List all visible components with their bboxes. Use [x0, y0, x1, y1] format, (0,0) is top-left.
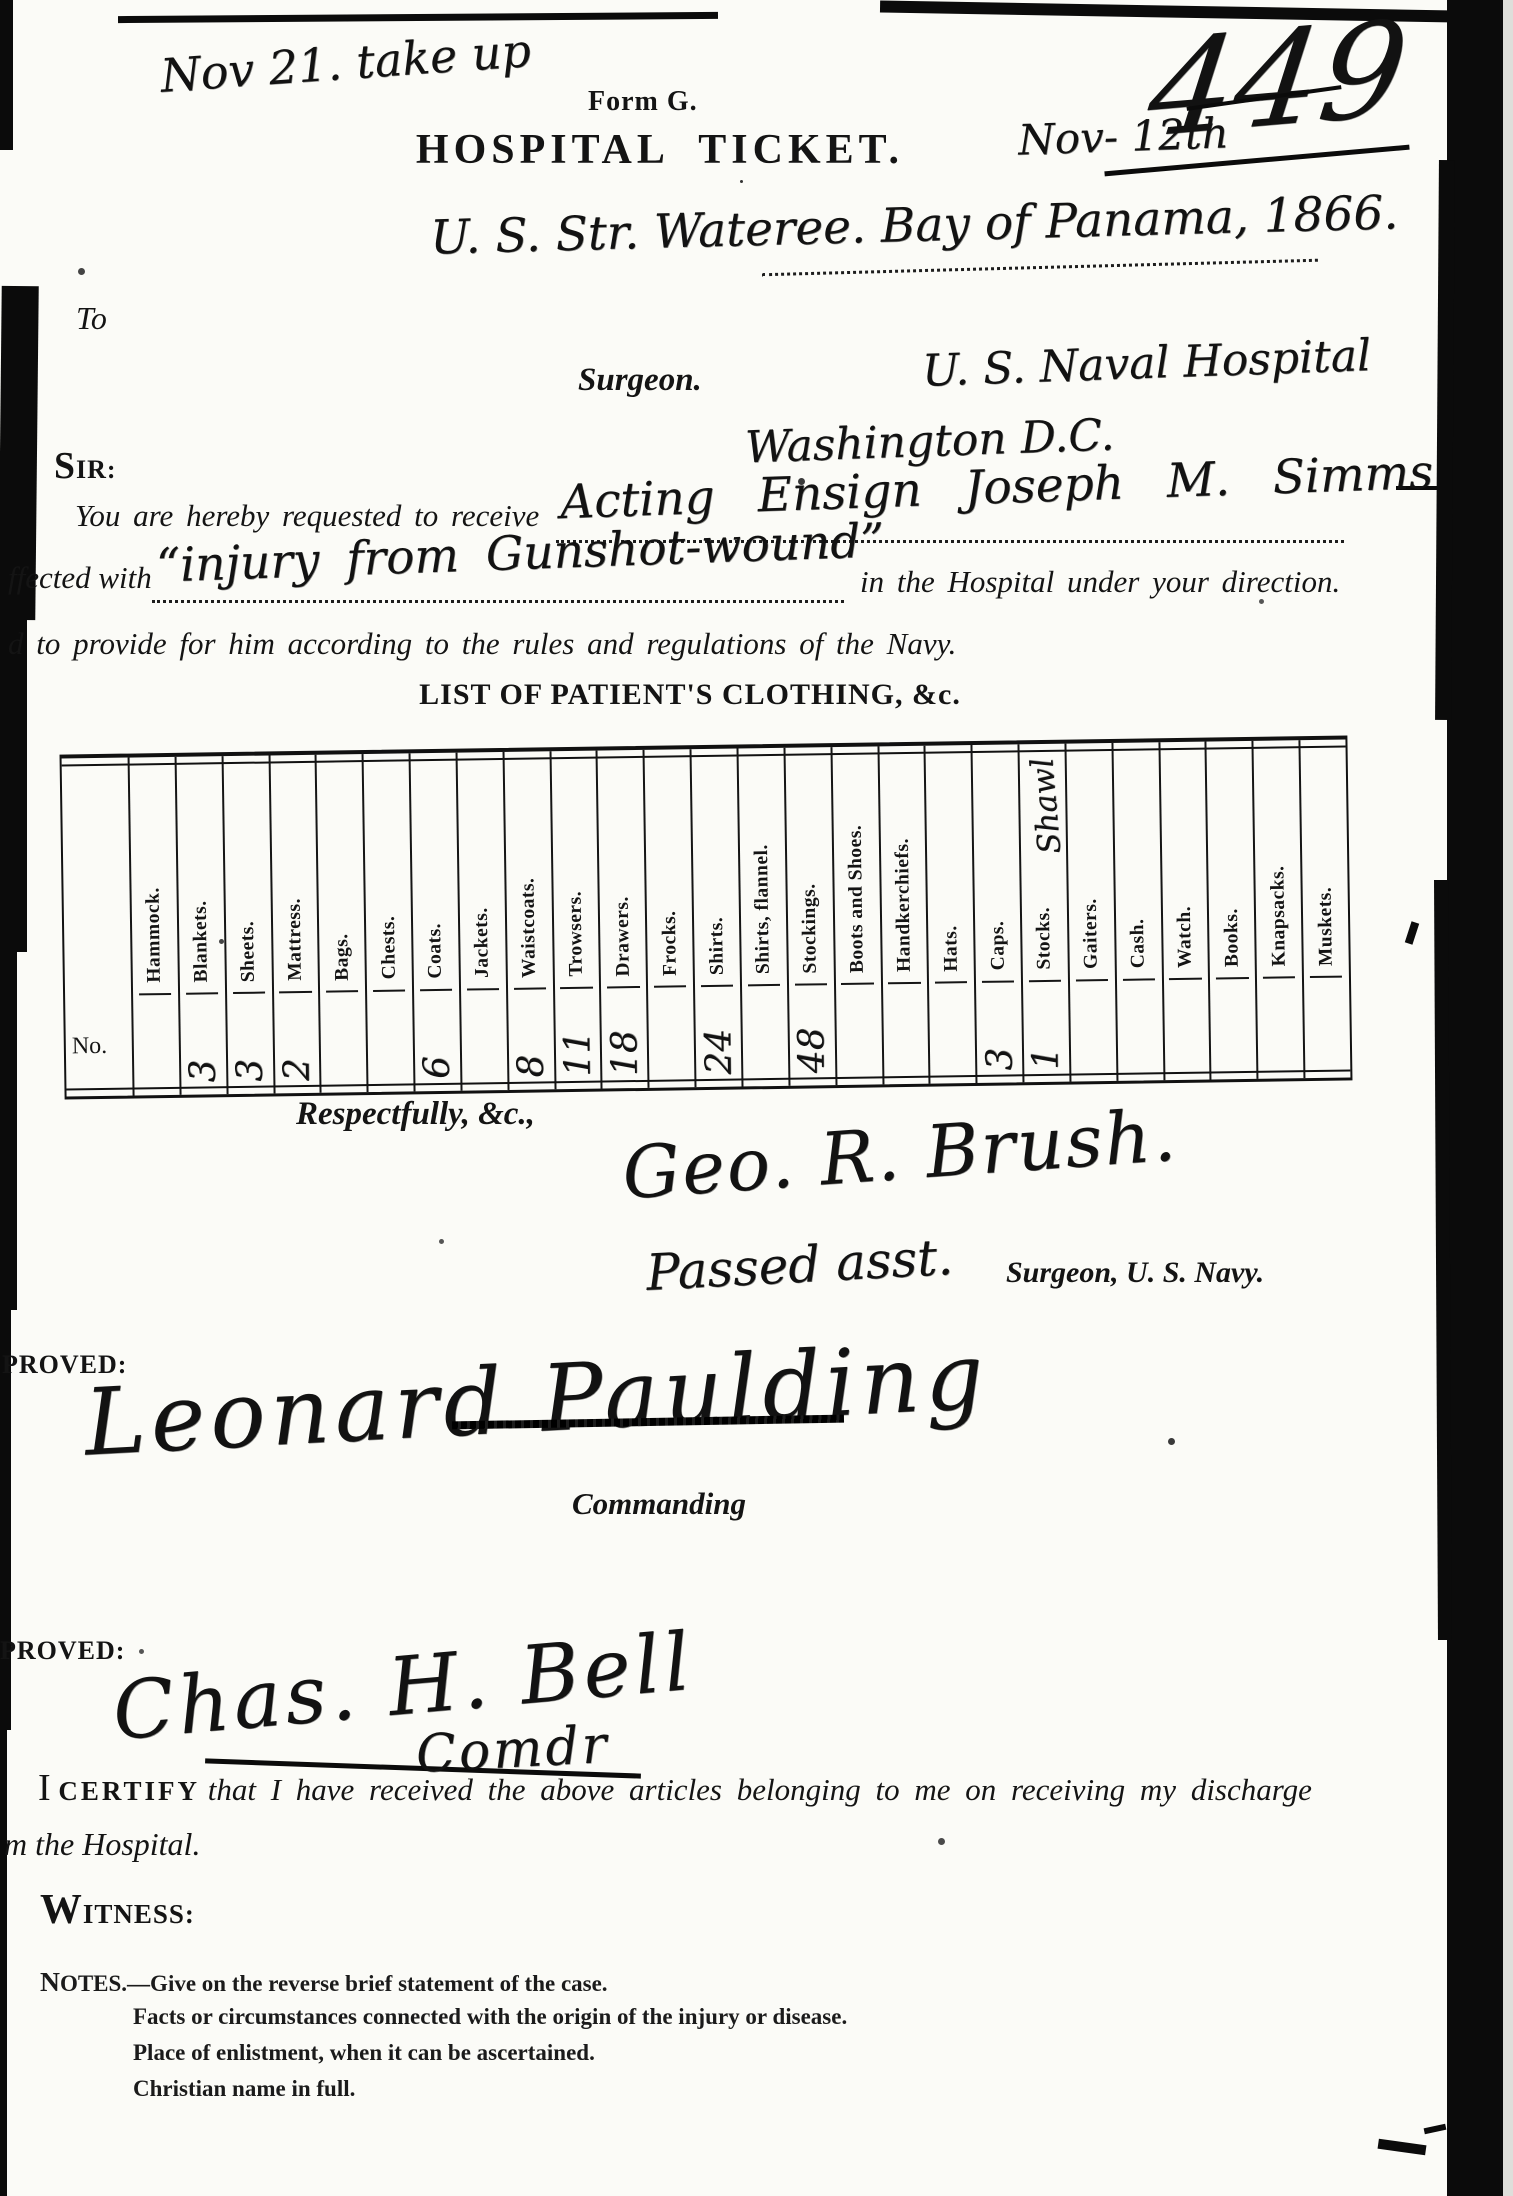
- column-handwritten-value: 11: [557, 1031, 599, 1077]
- column-tick-line: [701, 985, 733, 987]
- column-tick-line: [748, 984, 780, 986]
- column-handwritten-value: 6: [417, 1056, 458, 1080]
- request-printed-line3: d to provide for him according to the ru…: [8, 626, 956, 662]
- table-column: Cash.: [1111, 742, 1163, 1081]
- table-column: Boots and Shoes.: [830, 746, 882, 1085]
- column-header: Bags.: [331, 933, 354, 981]
- certify-word-i: I: [38, 1767, 51, 1809]
- column-tick-line: [1310, 976, 1342, 978]
- column-header: Boots and Shoes.: [845, 824, 869, 973]
- dotted-rule: [152, 600, 844, 603]
- table-column: Watch.: [1158, 742, 1210, 1081]
- column-tick-line: [233, 992, 265, 994]
- column-tick-line: [514, 987, 546, 989]
- surgeon-signature: Geo. R. Brush.: [620, 1093, 1180, 1216]
- column-header: Chests.: [378, 916, 401, 980]
- ink-mark: [1424, 2124, 1447, 2134]
- column-header: Shirts, flannel.: [751, 844, 775, 974]
- column-handwritten-value: 8: [511, 1054, 552, 1078]
- certify-text: that I have received the above articles …: [208, 1772, 1312, 1807]
- table-column: Coats. 6: [409, 753, 461, 1092]
- scan-edge-left-4: [0, 948, 17, 1310]
- handwritten-hospital-name: U. S. Naval Hospital: [921, 330, 1372, 397]
- column-header: Cash.: [1127, 919, 1150, 969]
- notes-line-1: NOTES.—Give on the reverse brief stateme…: [40, 1966, 608, 1998]
- column-header: Mattress.: [284, 898, 307, 981]
- table-column: Sheets. 3: [221, 755, 273, 1094]
- column-tick-line: [1123, 978, 1155, 980]
- column-header: Waistcoats.: [518, 877, 541, 978]
- table-column: Hammock.: [128, 757, 180, 1096]
- column-header: Hammock.: [143, 887, 166, 983]
- column-tick-line: [982, 980, 1014, 982]
- column-header: Blankets.: [190, 900, 213, 982]
- surgeon-label: Surgeon.: [578, 362, 702, 399]
- column-tick-line: [888, 982, 920, 984]
- column-tick-line: [186, 992, 218, 994]
- scan-specks: [740, 180, 743, 183]
- certification-line: I CERTIFY that I have received the above…: [38, 1766, 1312, 1810]
- respectfully-label: Respectfully, &c.,: [296, 1096, 535, 1133]
- column-tick-line: [139, 993, 171, 995]
- column-tick-line: [326, 990, 358, 992]
- table-column: Gaiters.: [1064, 743, 1116, 1082]
- certify-word: CERTIFY: [58, 1776, 200, 1806]
- column-header: Caps.: [987, 921, 1010, 971]
- scan-edge-top-left: [118, 12, 718, 23]
- column-tick-line: [467, 988, 499, 990]
- column-header: Knapsacks.: [1267, 865, 1290, 966]
- to-label: To: [76, 300, 107, 337]
- table-column: Blankets. 3: [174, 756, 226, 1095]
- column-header: Stocks.: [1033, 907, 1056, 970]
- table-column: Handkerchiefs.: [877, 746, 929, 1085]
- column-tick-line: [654, 985, 686, 987]
- column-header: Coats.: [425, 923, 448, 979]
- column-handwritten-value: 18: [604, 1030, 646, 1076]
- clothing-columns: No. Hammock. Blankets. 3 Sheets. 3 Mattr…: [62, 739, 1351, 1096]
- hospital-ticket-document: Nov 21. take up Form G. HOSPITAL TICKET.…: [0, 0, 1513, 2196]
- table-column: Waistcoats. 8: [502, 751, 554, 1090]
- clothing-table: No. Hammock. Blankets. 3 Sheets. 3 Mattr…: [60, 735, 1353, 1099]
- notes-line-4: Christian name in full.: [133, 2076, 355, 2102]
- request-printed-line2-prefix: ffected with: [8, 560, 152, 596]
- notes-line-3: Place of enlistment, when it can be asce…: [133, 2040, 595, 2066]
- table-column: Stocks. 1 Shawl: [1017, 744, 1069, 1083]
- column-tick-line: [607, 986, 639, 988]
- column-tick-line: [1076, 979, 1108, 981]
- table-column: Hats.: [924, 745, 976, 1084]
- handwritten-top-annotation: Nov 21. take up: [159, 23, 533, 103]
- column-header: Handkerchiefs.: [892, 838, 916, 972]
- column-handwritten-value: 3: [979, 1047, 1020, 1071]
- commander-signature-1: Leonard Paulding: [82, 1322, 991, 1476]
- form-label: Form G.: [588, 86, 698, 118]
- column-tick-line: [1263, 976, 1295, 978]
- column-header: Muskets.: [1314, 886, 1337, 966]
- document-title: HOSPITAL TICKET.: [360, 126, 960, 174]
- column-header: Drawers.: [612, 896, 635, 977]
- table-column: Mattress. 2: [268, 755, 320, 1094]
- notes-line-2: Facts or circumstances connected with th…: [133, 2004, 847, 2030]
- column-tick-line: [795, 983, 827, 985]
- handwritten-ship-and-date: U. S. Str. Wateree. Bay of Panama, 1866.: [429, 185, 1398, 265]
- table-column: Books.: [1205, 741, 1257, 1080]
- handwritten-ticket-number: 449: [1142, 3, 1414, 156]
- clothing-list-title: LIST OF PATIENT'S CLOTHING, &c.: [330, 678, 1050, 712]
- scan-right-margin: [1503, 0, 1513, 2196]
- certification-line2: m the Hospital.: [4, 1826, 200, 1863]
- table-column: Shirts, flannel.: [736, 748, 788, 1087]
- column-handwritten-value: 3: [230, 1059, 271, 1083]
- column-handwritten-value: 24: [698, 1029, 740, 1075]
- column-header: Hats.: [940, 925, 963, 972]
- scan-edge-left-6: [0, 1726, 7, 2196]
- table-row-label-cell: No.: [62, 758, 133, 1097]
- commanding-label: Commanding: [572, 1486, 746, 1522]
- approved-label-2: PROVED:: [0, 1636, 125, 1666]
- column-tick-line: [1029, 980, 1061, 982]
- handwritten-rank: Passed asst.: [645, 1228, 955, 1302]
- column-tick-line: [1216, 977, 1248, 979]
- column-handwritten-value: 48: [791, 1027, 833, 1073]
- scan-binding-band-right: [1447, 0, 1503, 2196]
- column-header: Frocks.: [659, 910, 682, 976]
- witness-label: WITNESS:: [40, 1886, 195, 1934]
- column-handwritten-value: 2: [276, 1058, 317, 1082]
- table-column: Stockings. 48: [783, 747, 835, 1086]
- column-header: Trowsers.: [565, 891, 588, 977]
- scan-edge-left-3: [0, 616, 27, 952]
- column-header: Watch.: [1174, 906, 1197, 968]
- request-printed-line2-suffix: in the Hospital under your direction.: [860, 564, 1340, 600]
- printed-rank: Surgeon, U. S. Navy.: [1006, 1256, 1264, 1290]
- column-header: Shirts.: [706, 916, 729, 975]
- table-column: Frocks.: [643, 749, 695, 1088]
- column-header: Sheets.: [237, 920, 260, 982]
- column-header: Jackets.: [471, 908, 494, 979]
- column-tick-line: [279, 991, 311, 993]
- row-label-no: No.: [72, 1033, 108, 1061]
- column-tick-line: [1169, 978, 1201, 980]
- column-handwritten-value: 3: [183, 1059, 224, 1083]
- column-tick-line: [420, 989, 452, 991]
- table-column: Knapsacks.: [1252, 740, 1304, 1079]
- table-column: Drawers. 18: [596, 750, 648, 1089]
- sir-label: SIR:: [54, 444, 117, 488]
- table-column: Bags.: [315, 754, 367, 1093]
- column-tick-line: [560, 987, 592, 989]
- column-tick-line: [935, 981, 967, 983]
- table-column: Muskets.: [1299, 739, 1351, 1078]
- column-tick-line: [373, 989, 405, 991]
- table-column: Shirts. 24: [690, 749, 742, 1088]
- table-column: Caps. 3: [971, 744, 1023, 1083]
- table-column: Trowsers. 11: [549, 751, 601, 1090]
- column-handwritten-note: Shawl: [1024, 756, 1068, 855]
- table-column: Chests.: [362, 753, 414, 1092]
- column-header: Books.: [1221, 908, 1244, 967]
- dotted-rule: [762, 259, 1318, 277]
- column-header: Stockings.: [799, 883, 822, 973]
- column-tick-line: [841, 983, 873, 985]
- ink-mark: [1378, 2139, 1427, 2156]
- column-header: Gaiters.: [1080, 899, 1103, 970]
- scan-edge-left-1: [0, 0, 13, 150]
- table-column: Jackets.: [455, 752, 507, 1091]
- column-handwritten-value: 1: [1026, 1047, 1067, 1071]
- ink-mark: [1405, 921, 1419, 944]
